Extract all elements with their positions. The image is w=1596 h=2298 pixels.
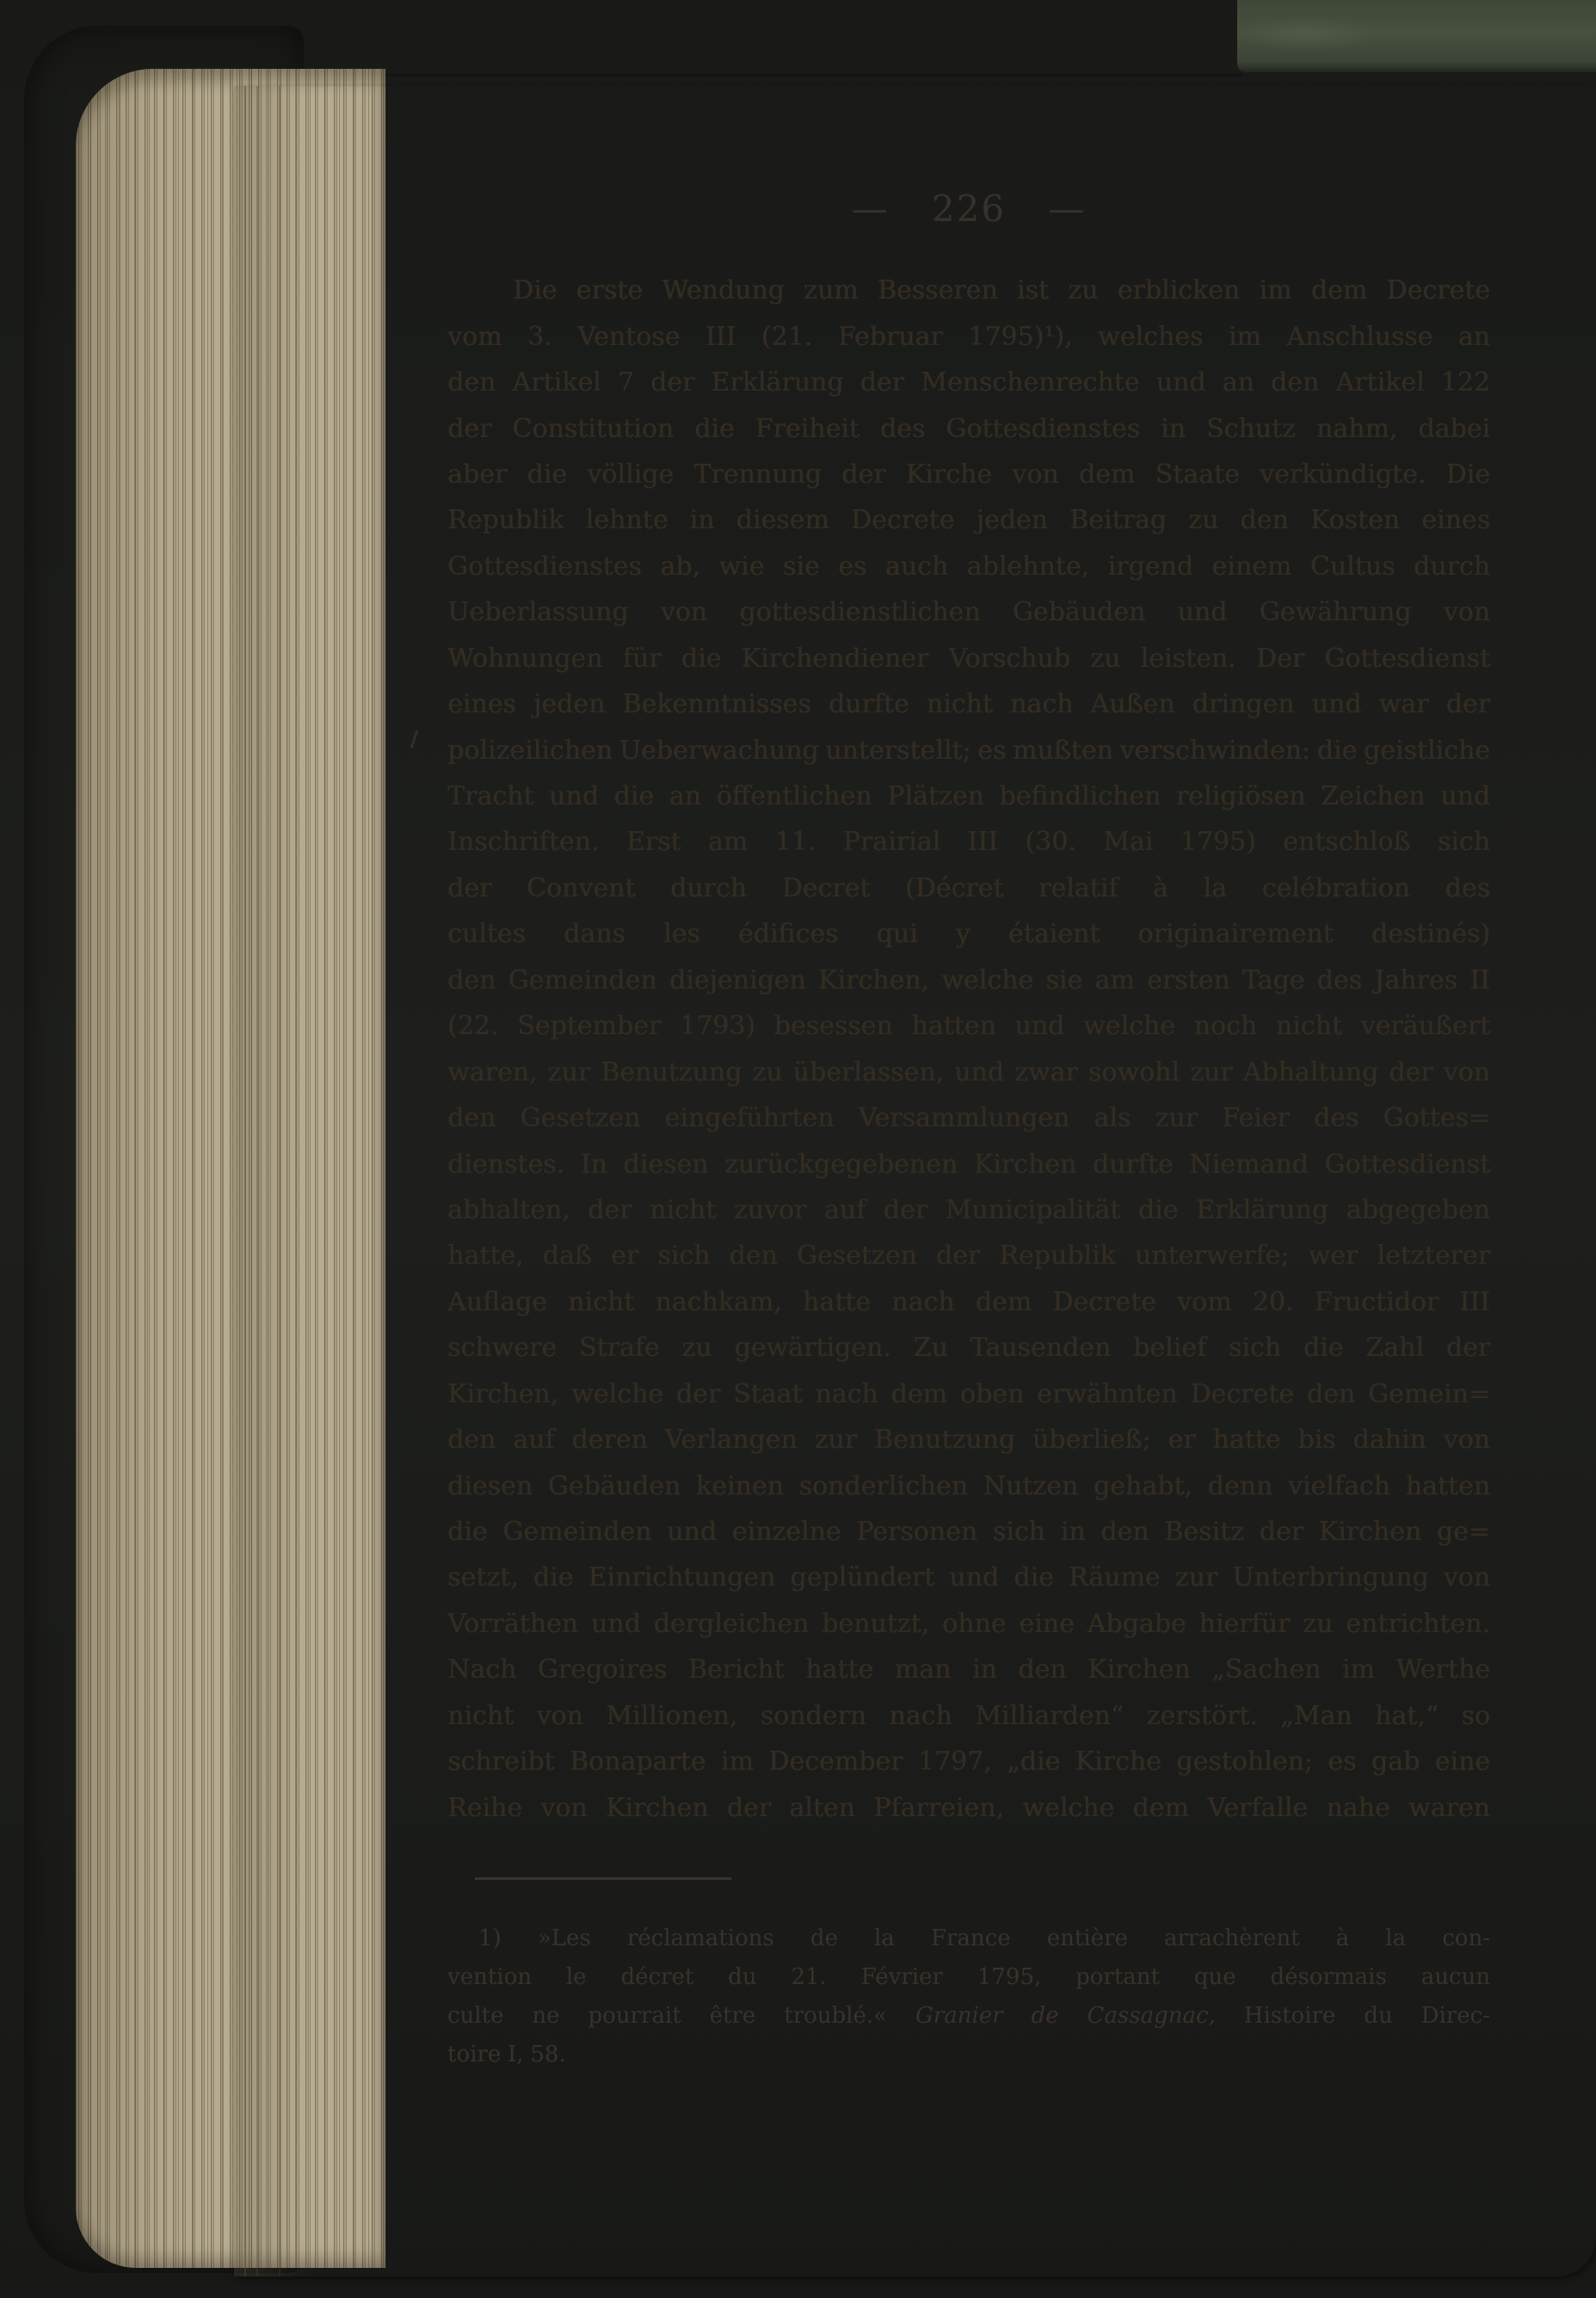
text-line: denaufderenVerlangenzurBenutzungüberließ… <box>447 1417 1490 1463</box>
footnote-rule <box>475 1877 731 1880</box>
text-line: WohnungenfürdieKirchendienerVorschubzule… <box>447 636 1490 681</box>
text-line: dienstes.IndiesenzurückgegebenenKirchend… <box>447 1141 1490 1186</box>
text-line: DieersteWendungzumBesserenistzuerblicken… <box>447 268 1490 313</box>
footnote-line: ventionledécretdu21.Février1795,portantq… <box>447 1957 1490 1996</box>
text-line: schwereStrafezugewärtigen.ZuTausendenbel… <box>447 1325 1490 1371</box>
text-line: (22.September1793)besessenhattenundwelch… <box>447 1003 1490 1049</box>
book-cover-top-right-corner <box>1237 0 1596 72</box>
text-line: denGemeindendiejenigenKirchen,welchesiea… <box>447 958 1490 1003</box>
text-line: denArtikel7derErklärungderMenschenrechte… <box>447 360 1490 405</box>
footnote-line: cultenepourraitêtretroublé.«GranierdeCas… <box>447 1996 1490 2035</box>
text-line: Inschriften.Erstam11.PrairialIII(30.Mai1… <box>447 819 1490 865</box>
text-line: schreibtBonaparteimDecember1797,„dieKirc… <box>447 1739 1490 1784</box>
text-line: vom3.VentoseIII(21.Februar1795)¹),welche… <box>447 313 1490 359</box>
text-line: einesjedenBekenntnissesdurftenichtnachAu… <box>447 681 1490 727</box>
text-line: Vorräthenunddergleichenbenutzt,ohneeineA… <box>447 1601 1490 1647</box>
footnote: 1)»LesréclamationsdelaFranceentièrearrac… <box>447 1919 1490 2073</box>
text-line: diesenGebäudenkeinensonderlichenNutzenge… <box>447 1463 1490 1508</box>
text-line: TrachtunddieanöffentlichenPlätzenbefindl… <box>447 773 1490 819</box>
text-line: ReihevonKirchenderaltenPfarreien,welched… <box>447 1784 1490 1830</box>
text-line: derConventdurchDecret(Décretrelatifàlace… <box>447 866 1490 911</box>
text-line: setzt,dieEinrichtungengeplündertunddieRä… <box>447 1555 1490 1600</box>
text-line: cultesdanslesédificesquiyétaientoriginai… <box>447 911 1490 957</box>
text-line: waren,zurBenutzungzuüberlassen,undzwarso… <box>447 1049 1490 1094</box>
text-line: hatte,daßersichdenGesetzenderRepublikunt… <box>447 1233 1490 1278</box>
book-scan: — 226 — DieersteWendungzumBesserenistzue… <box>0 0 1596 2298</box>
footnote-line: toireI,58. <box>447 2035 1490 2073</box>
text-line: dieGemeindenundeinzelnePersonensichinden… <box>447 1509 1490 1555</box>
text-line: UeberlassungvongottesdienstlichenGebäude… <box>447 589 1490 635</box>
text-line: aberdievölligeTrennungderKirchevondemSta… <box>447 452 1490 497</box>
page-number: — 226 — <box>447 188 1490 230</box>
page-edge-lines <box>244 86 284 2276</box>
text-line: Kirchen,welchederStaatnachdemobenerwähnt… <box>447 1371 1490 1417</box>
text-line: abhalten,dernichtzuvoraufderMunicipalitä… <box>447 1187 1490 1233</box>
text-line: denGesetzeneingeführtenVersammlungenalsz… <box>447 1095 1490 1141</box>
text-line: NachGregoiresBerichthattemanindenKirchen… <box>447 1647 1490 1692</box>
text-line: RepubliklehnteindiesemDecretejedenBeitra… <box>447 497 1490 543</box>
text-line: Auflagenichtnachkam,hattenachdemDecretev… <box>447 1279 1490 1325</box>
text-line: Gottesdienstesab,wiesieesauchablehnte,ir… <box>447 544 1490 589</box>
text-line: nichtvonMillionen,sondernnachMilliarden“… <box>447 1693 1490 1739</box>
footnote-line: 1)»LesréclamationsdelaFranceentièrearrac… <box>447 1919 1490 1957</box>
text-line: derConstitutiondieFreiheitdesGottesdiens… <box>447 405 1490 451</box>
text-line: polizeilichenUeberwachungunterstellt;esm… <box>447 727 1490 773</box>
pencil-mark <box>410 730 419 749</box>
body-text: DieersteWendungzumBesserenistzuerblicken… <box>447 268 1490 1831</box>
